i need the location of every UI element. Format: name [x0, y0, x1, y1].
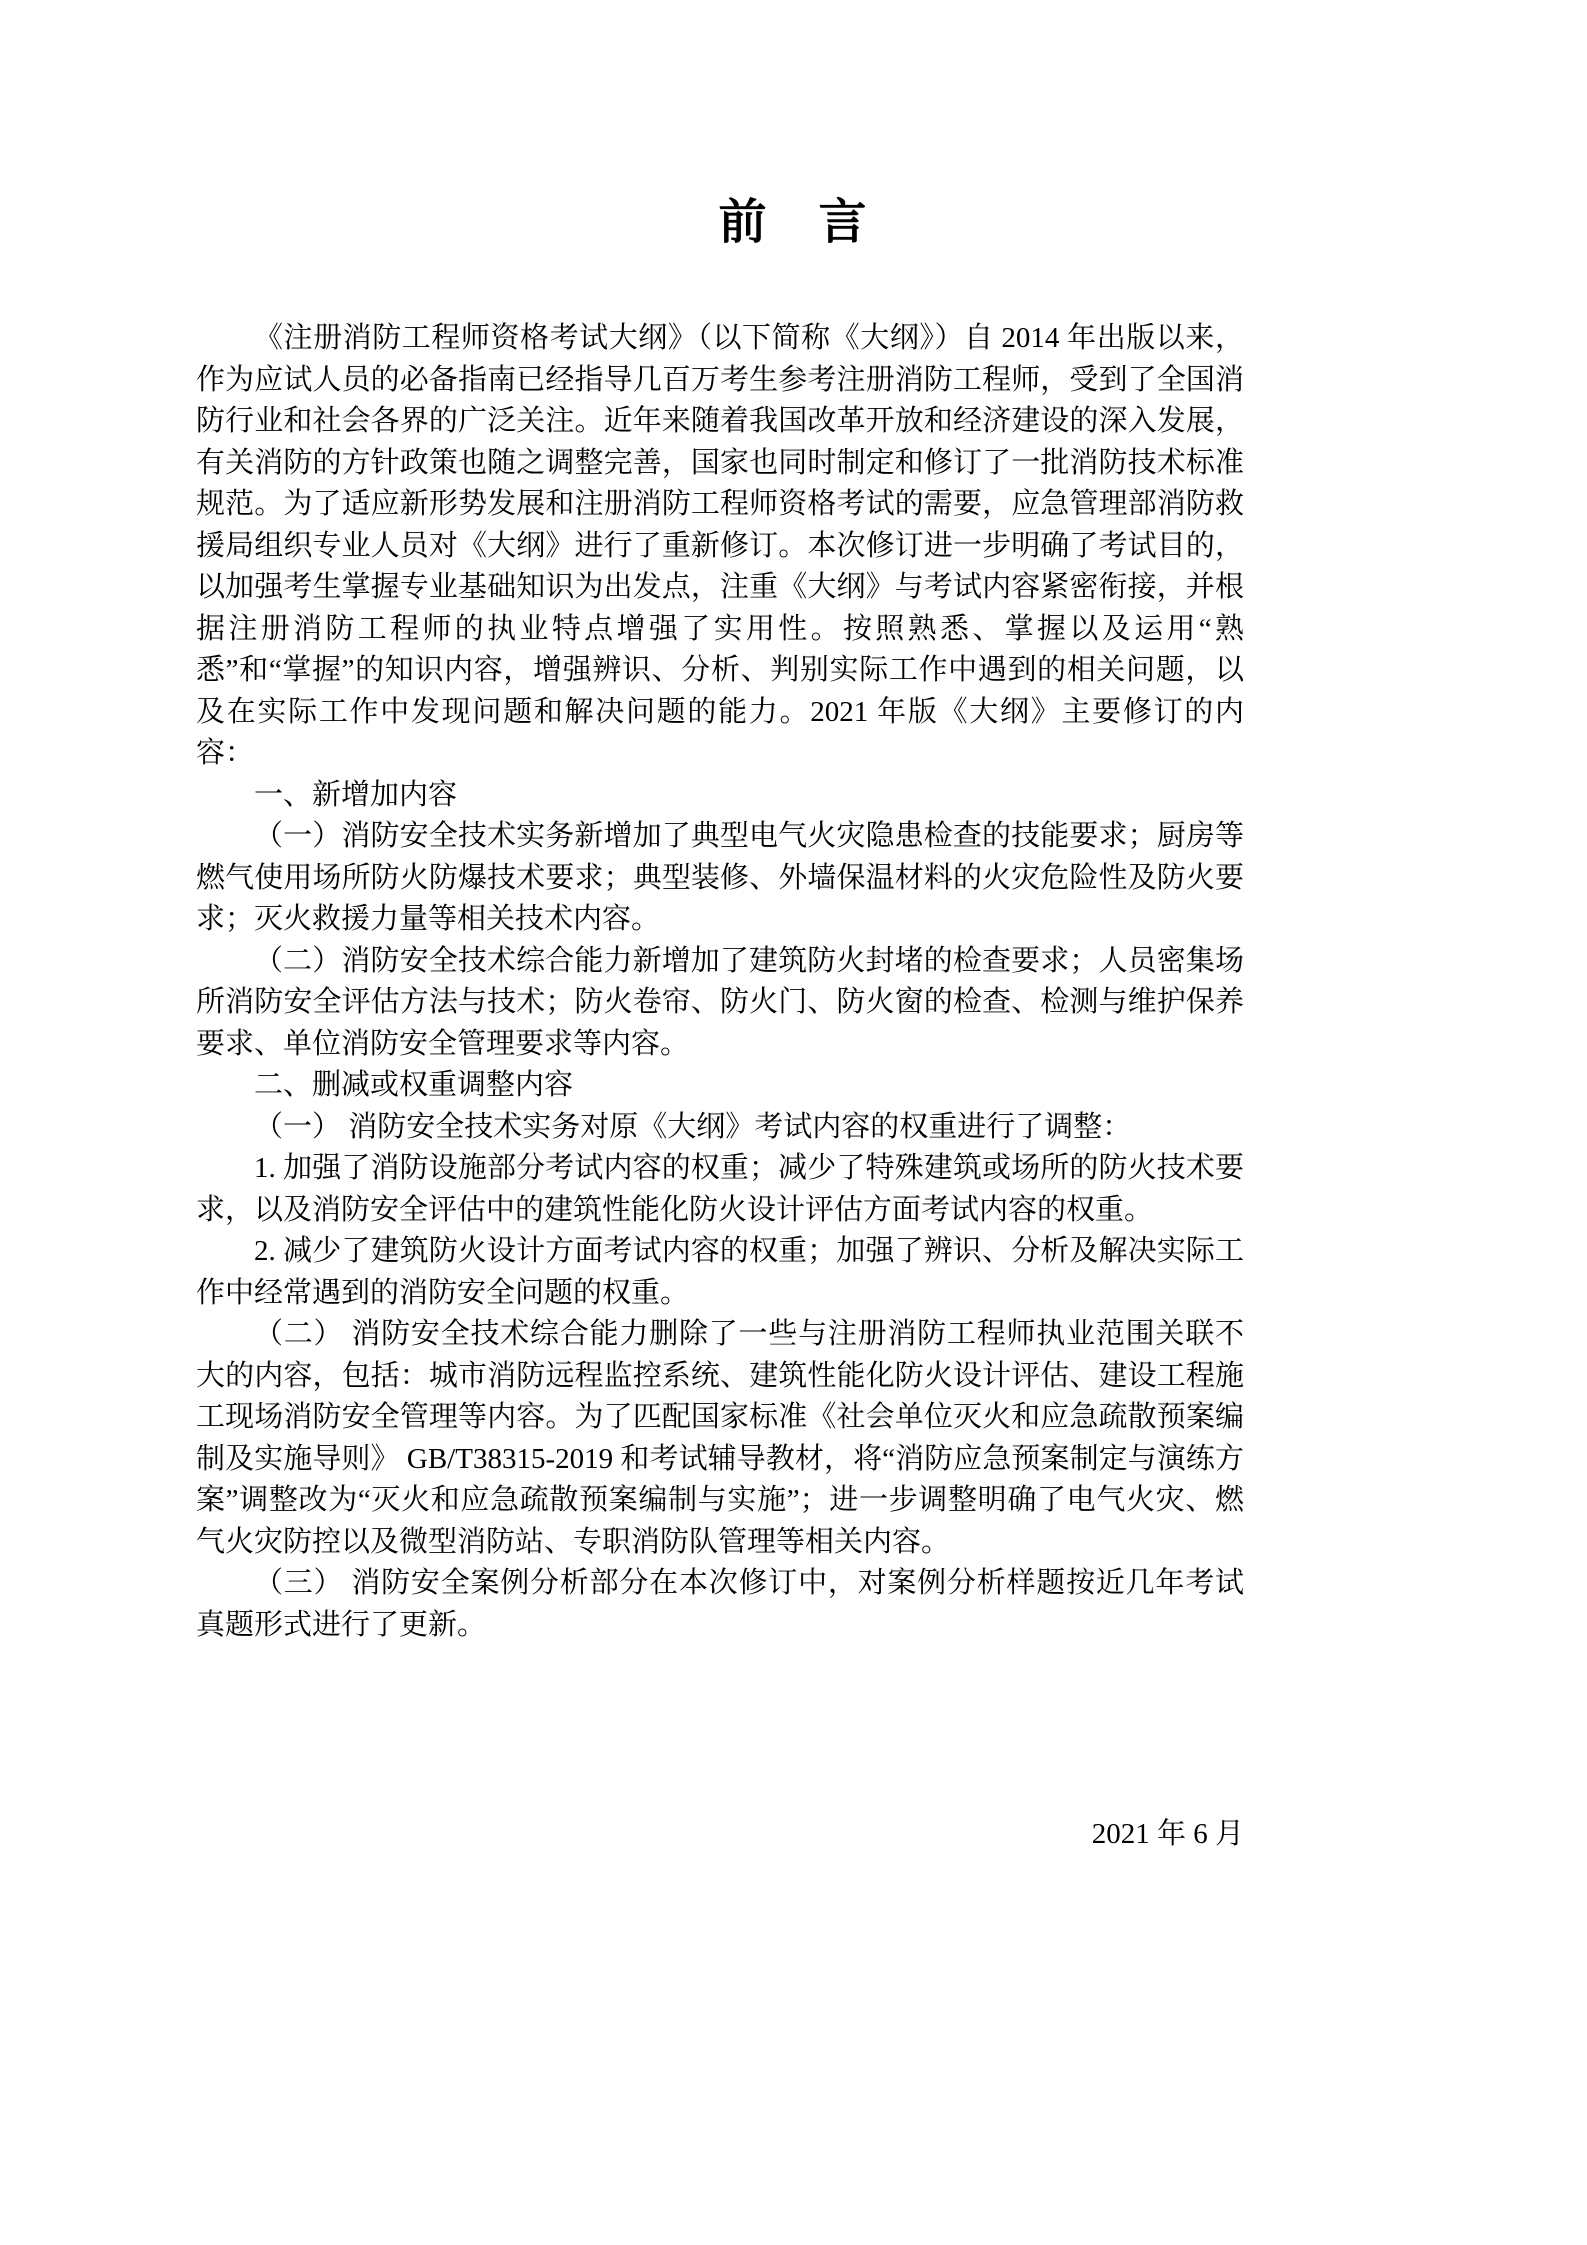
section-heading-new-content: 一、新增加内容	[196, 775, 1244, 817]
document-page: 前 言 《注册消防工程师资格考试大纲》（以下简称《大纲》）自 2014 年出版以…	[0, 0, 1587, 2245]
intro-paragraph: 《注册消防工程师资格考试大纲》（以下简称《大纲》）自 2014 年出版以来，作为…	[196, 318, 1244, 775]
adjustment-item-3: （三） 消防安全案例分析部分在本次修订中，对案例分析样题按近几年考试真题形式进行…	[196, 1563, 1244, 1646]
adjustment-item-1-sub-1: 1. 加强了消防设施部分考试内容的权重；减少了特殊建筑或场所的防火技术要求，以及…	[196, 1148, 1244, 1231]
new-content-item-2: （二）消防安全技术综合能力新增加了建筑防火封堵的检查要求；人员密集场所消防安全评…	[196, 941, 1244, 1066]
new-content-item-1: （一）消防安全技术实务新增加了典型电气火灾隐患检查的技能要求；厨房等燃气使用场所…	[196, 816, 1244, 941]
adjustment-item-1-sub-2: 2. 减少了建筑防火设计方面考试内容的权重；加强了辨识、分析及解决实际工作中经常…	[196, 1231, 1244, 1314]
date-line: 2021 年 6 月	[196, 1814, 1244, 1856]
section-heading-adjustments: 二、删减或权重调整内容	[196, 1065, 1244, 1107]
adjustment-item-2: （二） 消防安全技术综合能力删除了一些与注册消防工程师执业范围关联不大的内容，包…	[196, 1314, 1244, 1563]
document-body: 《注册消防工程师资格考试大纲》（以下简称《大纲》）自 2014 年出版以来，作为…	[196, 318, 1244, 1856]
adjustment-item-1: （一） 消防安全技术实务对原《大纲》考试内容的权重进行了调整：	[196, 1107, 1244, 1149]
page-title: 前 言	[0, 188, 1587, 258]
